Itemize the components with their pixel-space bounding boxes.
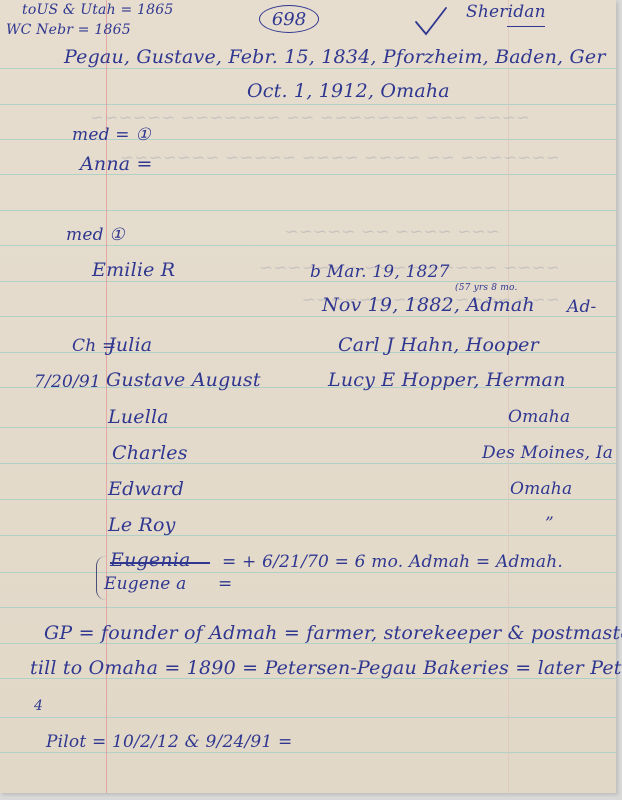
spouse-death-suffix: Ad- (567, 297, 597, 317)
twin-name-1-strikethrough (110, 562, 210, 564)
subject-name-birth: Pegau, Gustave, Febr. 15, 1834, Pforzhei… (64, 46, 606, 68)
note-line-2: till to Omaha = 1890 = Petersen-Pegau Ba… (30, 657, 622, 679)
child-name: Edward (108, 478, 184, 500)
child-name: Julia (108, 334, 152, 356)
child-spouse-place: Omaha (510, 479, 572, 499)
ruled-line (0, 281, 616, 282)
spouse-death: Nov 19, 1882, Admah (322, 294, 535, 316)
ruled-line (0, 572, 616, 573)
child-name: Gustave August (106, 369, 261, 391)
marriage-2-label: med ① (66, 225, 125, 245)
census-note-2: WC Nebr = 1865 (6, 22, 131, 38)
marriage-1-label: med = ① (72, 125, 151, 145)
ruled-line (0, 427, 616, 428)
ruled-line (0, 717, 616, 718)
bleed-through-text: ~~~ ~~~~ ~~ ~~~~~ (300, 222, 500, 242)
child-date: 7/20/91 (34, 372, 101, 392)
child-spouse-place: Des Moines, Ia (482, 443, 613, 463)
note-marker: 4 (34, 698, 43, 714)
ruled-paper-page: ~~~~ ~~~ ~~~~~~~ ~~ ~~~~~~~ ~~~~~~ ~~~~~… (0, 0, 616, 793)
twin-name-1: Eugenia (110, 549, 191, 571)
page-number-circled: 698 (259, 5, 319, 33)
twin-detail-1: = + 6/21/70 = 6 mo. Admah = Admah. (222, 552, 563, 572)
ruled-line (0, 752, 616, 753)
note-line-3: Pilot = 10/2/12 & 9/24/91 = (46, 732, 293, 752)
page-number: 698 (272, 9, 306, 30)
marriage-2-spouse: Emilie R (92, 259, 175, 281)
child-spouse-place: Omaha (508, 407, 570, 427)
census-note-1: toUS & Utah = 1865 (22, 2, 173, 18)
ruled-line (0, 535, 616, 536)
child-spouse-place: Carl J Hahn, Hooper (338, 334, 539, 356)
ruled-line (0, 210, 616, 211)
ruled-line (0, 104, 616, 105)
child-name: Charles (112, 442, 188, 464)
child-name: Le Roy (108, 514, 176, 536)
note-line-1: GP = founder of Admah = farmer, storekee… (44, 622, 622, 644)
child-name: Luella (108, 406, 169, 428)
location-tag: Sheridan (466, 2, 546, 22)
ruled-line (0, 463, 616, 464)
twin-name-2: Eugene a (104, 574, 186, 594)
marriage-1-spouse: Anna = (80, 153, 153, 175)
location-underline (507, 26, 545, 27)
subject-death: Oct. 1, 1912, Omaha (247, 80, 450, 102)
ruled-line (0, 499, 616, 500)
child-spouse-place: Lucy E Hopper, Herman (328, 369, 566, 391)
ruled-line (0, 607, 616, 608)
ruled-line (0, 68, 616, 69)
ruled-line (0, 316, 616, 317)
spouse-birth-date: b Mar. 19, 1827 (310, 262, 450, 282)
check-mark-icon (414, 6, 448, 36)
spouse-age-note: (57 yrs 8 mo. (455, 283, 518, 293)
child-spouse-place: ” (545, 514, 554, 534)
twin-detail-2: = (218, 574, 232, 594)
ruled-line (0, 245, 616, 246)
